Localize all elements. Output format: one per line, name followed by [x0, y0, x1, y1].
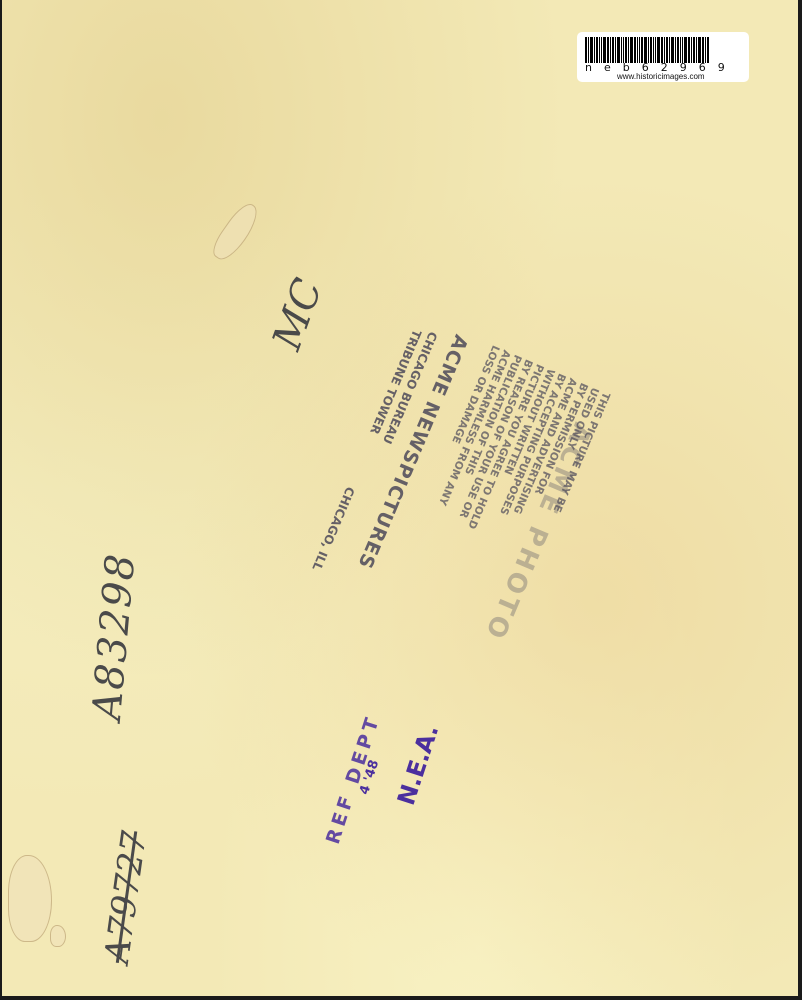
stain	[208, 199, 264, 265]
stain	[8, 855, 52, 942]
nea-stamp: N.E.A.	[392, 721, 444, 808]
photo-back: neb62969 www.historicimages.com ACME PHO…	[2, 0, 798, 996]
barcode-bars	[585, 37, 741, 63]
handwritten-reference-code: A83298	[84, 550, 144, 722]
city-text: CHICAGO, ILL	[309, 485, 357, 573]
handwritten-initials: MC	[264, 273, 332, 356]
crossed-out-code: A79727	[97, 829, 155, 966]
stain	[50, 925, 66, 947]
barcode-label: neb62969 www.historicimages.com	[577, 32, 749, 82]
barcode-url: www.historicimages.com	[617, 72, 705, 81]
